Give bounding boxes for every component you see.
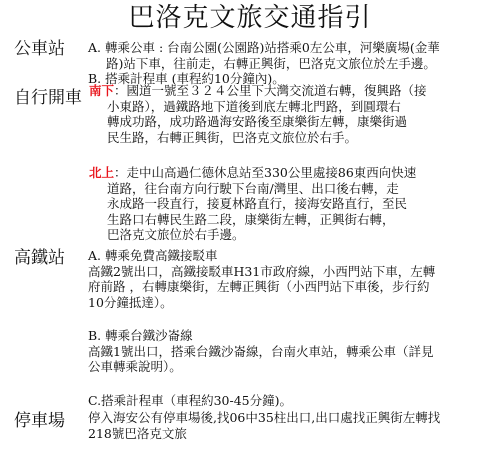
hsr-directions: A. 轉乘免費高鐵接駁車 高鐵2號出口，高鐵接駁車H31市政府線，小西門站下車，… <box>88 248 435 408</box>
parking-directions: 停入海安公有停車場後,找06中35柱出口,出口處找正興街左轉找 218號巴洛克文… <box>88 410 440 441</box>
north-tag: 北上 <box>89 165 114 180</box>
section-label-parking: 停車場 <box>14 410 65 432</box>
south-tag: 南下 <box>89 83 114 98</box>
drive-south-directions: 南下：國道一號至３２４公里下大灣交流道右轉，復興路（接 小東路），過鐵路地下道後… <box>89 83 427 145</box>
section-label-hsr: 高鐵站 <box>14 247 65 269</box>
bus-directions: A. 轉乘公車 : 台南公園(公園路)站搭乘0左公車，河樂廣場(金華 路)站下車… <box>88 40 440 87</box>
page-title: 巴洛克文旅交通指引 <box>0 2 500 34</box>
section-label-bus: 公車站 <box>14 38 65 60</box>
drive-north-directions: 北上：走中山高過仁德休息站至330公里處接86東西向快速 道路，往台南方向行駛下… <box>89 165 416 243</box>
section-label-drive: 自行開車 <box>14 87 82 109</box>
